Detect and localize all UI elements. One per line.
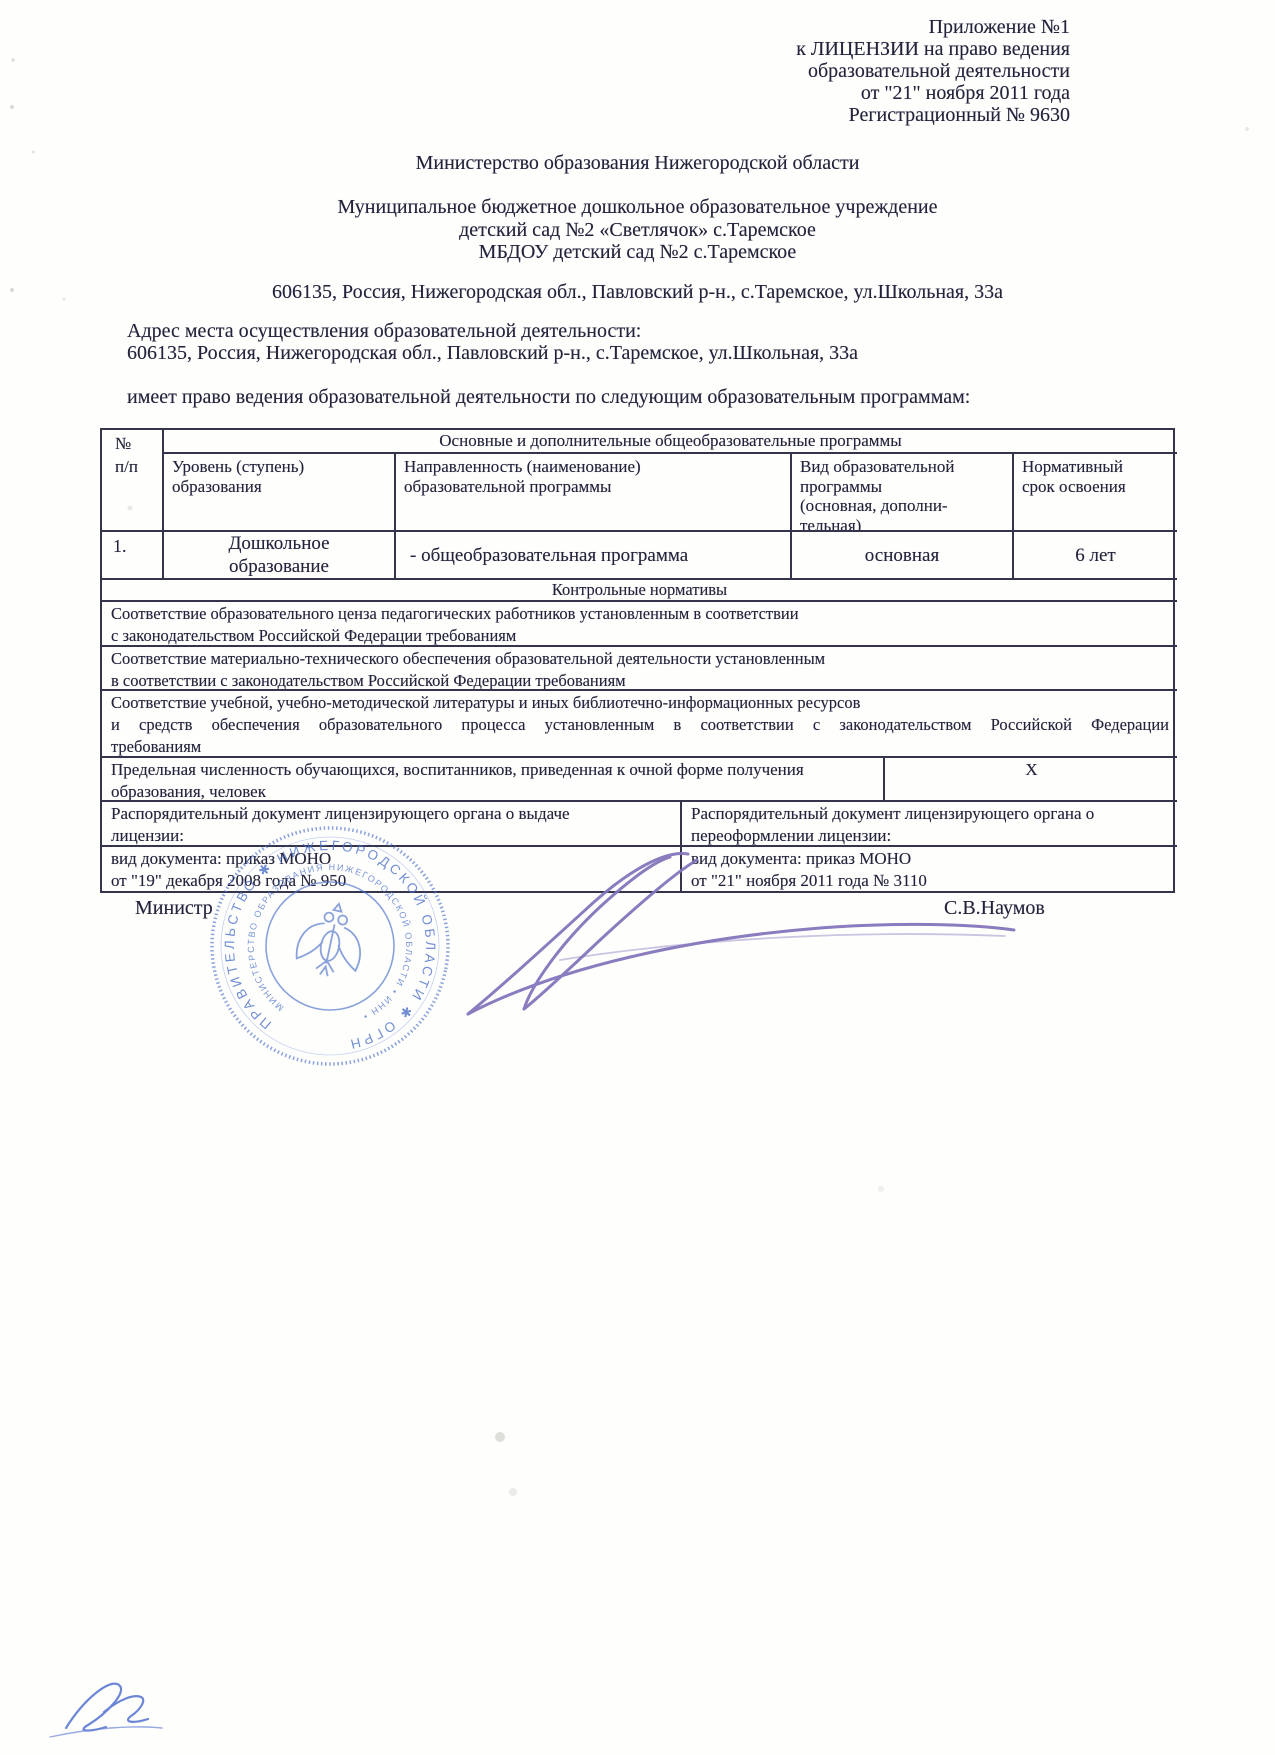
norm-row-library-line2: и средств обеспечения образовательного п… — [111, 714, 1169, 736]
program-row-type: основная — [792, 532, 1014, 580]
institution-name: Муниципальное бюджетное дошкольное образ… — [0, 196, 1275, 264]
norm-row-library-line3: требованиям — [111, 736, 1169, 758]
activity-address: Адрес места осуществления образовательно… — [127, 320, 858, 364]
table-header-level: Уровень (ступень) образования — [164, 454, 396, 532]
official-stamp-icon: ПРАВИТЕЛЬСТВО ✱ НИЖЕГОРОДСКОЙ ОБЛАСТИ ✱ … — [202, 818, 458, 1074]
table-header-direction: Направленность (наименование) образовате… — [396, 454, 792, 532]
entitlement-line: имеет право ведения образовательной деят… — [127, 386, 970, 409]
reissue-doc-value: вид документа: приказ МОНО от "21" ноябр… — [680, 847, 1177, 891]
document-page: Приложение №1 к ЛИЦЕНЗИИ на право ведени… — [0, 0, 1275, 1755]
table-header-term: Нормативный срок освоения — [1014, 454, 1177, 532]
table-header-num: № п/п — [102, 430, 164, 532]
table-header-type: Вид образовательной программы (основная,… — [792, 454, 1014, 532]
program-row-level: Дошкольное образование — [164, 532, 396, 580]
norm-row-library: Соответствие учебной, учебно-методическо… — [102, 691, 1177, 758]
max-enrollment-value: X — [883, 758, 1177, 800]
program-row-num: 1. — [102, 532, 164, 580]
corner-initials-icon — [50, 1684, 162, 1737]
control-norms-header: Контрольные нормативы — [102, 580, 1177, 602]
program-row-term: 6 лет — [1014, 532, 1177, 580]
appendix-reference: Приложение №1 к ЛИЦЕНЗИИ на право ведени… — [796, 16, 1070, 126]
max-enrollment-label: Предельная численность обучающихся, восп… — [102, 758, 883, 800]
table-header-group: Основные и дополнительные общеобразовате… — [164, 430, 1177, 454]
norm-row-library-line1: Соответствие учебной, учебно-методическо… — [111, 692, 1169, 714]
max-enrollment-row: Предельная численность обучающихся, восп… — [102, 758, 1177, 802]
program-row-name: - общеобразовательная программа — [396, 532, 792, 580]
minister-name: С.В.Наумов — [944, 897, 1045, 920]
ministry-title: Министерство образования Нижегородской о… — [0, 152, 1275, 175]
stamp-eagle-emblem — [293, 897, 370, 982]
norm-row-material: Соответствие материально-технического об… — [102, 647, 1177, 691]
institution-address: 606135, Россия, Нижегородская обл., Павл… — [0, 281, 1275, 304]
reissue-doc-label: Распорядительный документ лицензирующего… — [680, 802, 1177, 845]
norm-row-qualification: Соответствие образовательного ценза педа… — [102, 602, 1177, 647]
